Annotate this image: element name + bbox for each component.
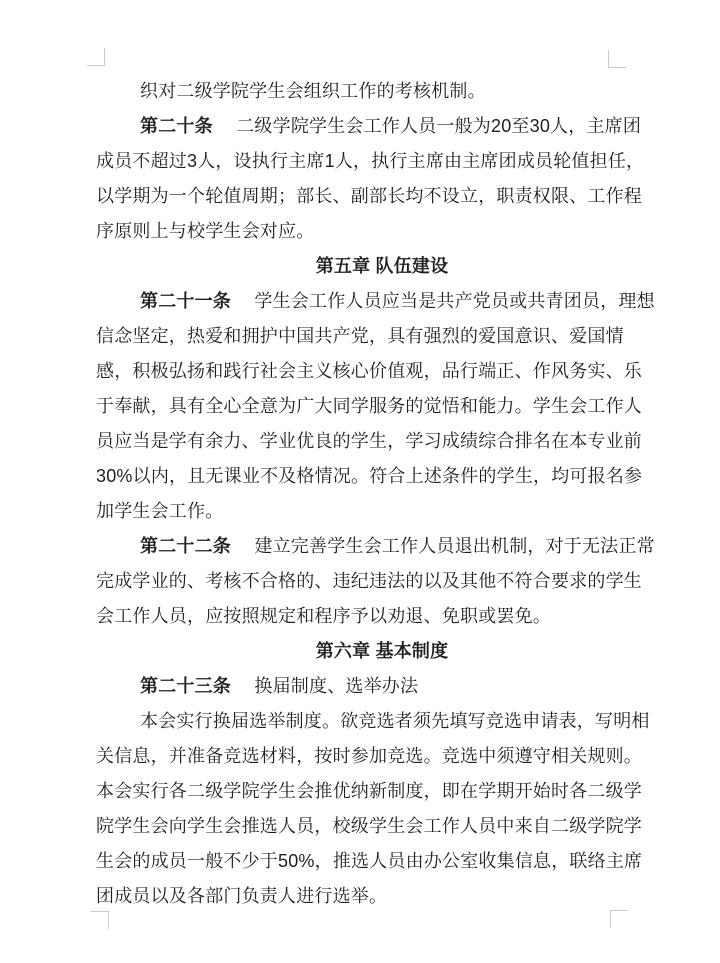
text-line: 会工作人员，应按照规定和程序予以劝退、免职或罢免。 [96,599,624,634]
text-line: 院学生会向学生会推选人员，校级学生会工作人员中来自二级学院学 [96,809,624,844]
chapter-heading: 第五章 队伍建设 [140,249,624,284]
text-line: 第二十三条 换届制度、选举办法 [96,669,624,704]
text-run: 换届制度、选举办法 [231,676,418,696]
text-run: 于奉献，具有全心全意为广大同学服务的觉悟和能力。学生会工作人 [96,396,642,416]
text-line: 加学生会工作。 [96,494,624,529]
chapter-heading-text: 第五章 队伍建设 [316,256,449,276]
text-run: 加学生会工作。 [96,501,223,521]
text-run: 成员不超过3人，设执行主席1人，执行主席由主席团成员轮值担任， [96,151,644,171]
document-body: 织对二级学院学生会组织工作的考核机制。第二十条 二级学院学生会工作人员一般为20… [96,74,624,914]
text-line: 于奉献，具有全心全意为广大同学服务的觉悟和能力。学生会工作人 [96,389,624,424]
article-number-label: 第二十条 [140,116,213,136]
text-run: 本会实行换届选举制度。欲竞选者须先填写竞选申请表，写明相 [140,711,650,731]
text-run: 二级学院学生会工作人员一般为20至30人，主席团 [213,116,641,136]
text-run: 团成员以及各部门负责人进行选举。 [96,886,387,906]
text-line: 织对二级学院学生会组织工作的考核机制。 [96,74,624,109]
text-run: 本会实行各二级学院学生会推优纳新制度，即在学期开始时各二级学 [96,781,642,801]
chapter-heading: 第六章 基本制度 [140,634,624,669]
text-line: 第二十二条 建立完善学生会工作人员退出机制，对于无法正常 [96,529,624,564]
text-run: 院学生会向学生会推选人员，校级学生会工作人员中来自二级学院学 [96,816,642,836]
text-line: 成员不超过3人，设执行主席1人，执行主席由主席团成员轮值担任， [96,144,624,179]
text-run: 30%以内，且无课业不及格情况。符合上述条件的学生，均可报名参 [96,466,642,486]
text-run: 织对二级学院学生会组织工作的考核机制。 [140,81,486,101]
text-run: 建立完善学生会工作人员退出机制，对于无法正常 [231,536,655,556]
text-line: 感，积极弘扬和践行社会主义核心价值观，品行端正、作风务实、乐 [96,354,624,389]
text-run: 员应当是学有余力、学业优良的学生，学习成绩综合排名在本专业前 [96,431,642,451]
text-run: 完成学业的、考核不合格的、违纪违法的以及其他不符合要求的学生 [96,571,642,591]
text-line: 团成员以及各部门负责人进行选举。 [96,879,624,914]
text-line: 第二十条 二级学院学生会工作人员一般为20至30人，主席团 [96,109,624,144]
text-run: 信念坚定，热爱和拥护中国共产党，具有强烈的爱国意识、爱国情 [96,326,624,346]
crop-mark-top-left [87,48,105,66]
article-number-label: 第二十一条 [140,291,231,311]
chapter-heading-text: 第六章 基本制度 [316,641,449,661]
text-line: 以学期为一个轮值周期；部长、副部长均不设立，职责权限、工作程 [96,179,624,214]
text-line: 第二十一条 学生会工作人员应当是共产党员或共青团员，理想 [96,284,624,319]
text-line: 信念坚定，热爱和拥护中国共产党，具有强烈的爱国意识、爱国情 [96,319,624,354]
crop-mark-top-right [608,50,626,68]
text-run: 以学期为一个轮值周期；部长、副部长均不设立，职责权限、工作程 [96,186,642,206]
text-run: 感，积极弘扬和践行社会主义核心价值观，品行端正、作风务实、乐 [96,361,642,381]
article-number-label: 第二十二条 [140,536,231,556]
text-line: 关信息，并准备竞选材料，按时参加竞选。竞选中须遵守相关规则。 [96,739,624,774]
text-run: 关信息，并准备竞选材料，按时参加竞选。竞选中须遵守相关规则。 [96,746,642,766]
text-line: 本会实行换届选举制度。欲竞选者须先填写竞选申请表，写明相 [96,704,624,739]
document-page: 织对二级学院学生会组织工作的考核机制。第二十条 二级学院学生会工作人员一般为20… [0,0,720,963]
text-line: 序原则上与校学生会对应。 [96,214,624,249]
article-number-label: 第二十三条 [140,676,231,696]
text-run: 序原则上与校学生会对应。 [96,221,314,241]
text-run: 生会的成员一般不少于50%，推选人员由办公室收集信息，联络主席 [96,851,642,871]
text-run: 会工作人员，应按照规定和程序予以劝退、免职或罢免。 [96,606,551,626]
text-line: 完成学业的、考核不合格的、违纪违法的以及其他不符合要求的学生 [96,564,624,599]
text-line: 生会的成员一般不少于50%，推选人员由办公室收集信息，联络主席 [96,844,624,879]
text-line: 员应当是学有余力、学业优良的学生，学习成绩综合排名在本专业前 [96,424,624,459]
text-line: 本会实行各二级学院学生会推优纳新制度，即在学期开始时各二级学 [96,774,624,809]
text-run: 学生会工作人员应当是共产党员或共青团员，理想 [231,291,655,311]
text-line: 30%以内，且无课业不及格情况。符合上述条件的学生，均可报名参 [96,459,624,494]
